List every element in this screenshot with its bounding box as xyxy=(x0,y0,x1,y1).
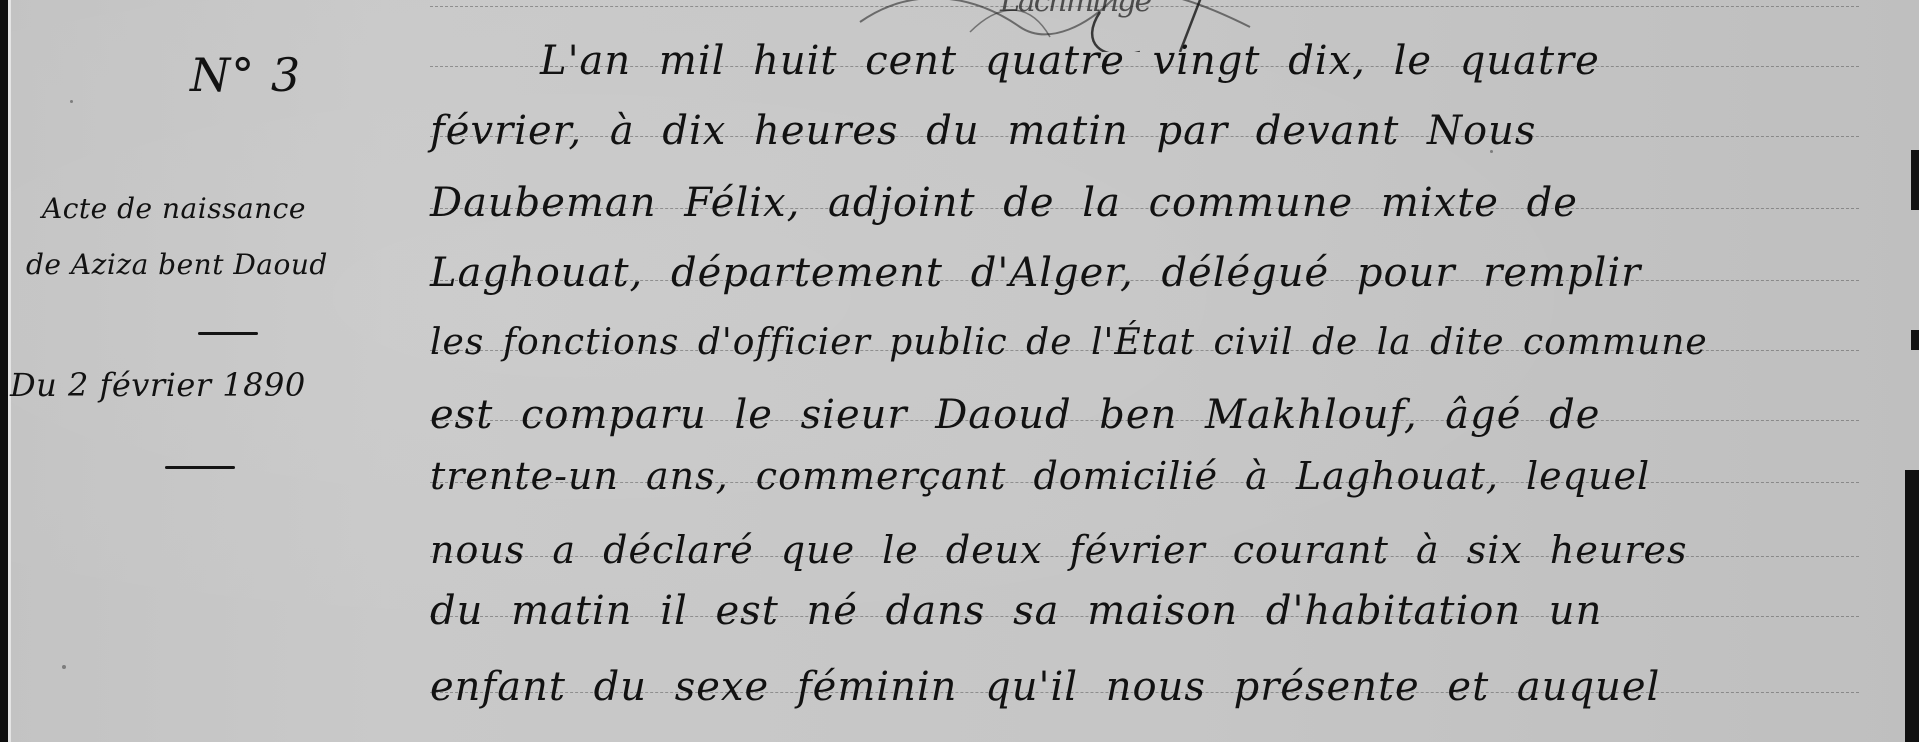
body-line: du matin il est né dans sa maison d'habi… xyxy=(430,588,1602,634)
body-line: est comparu le sieur Daoud ben Makhlouf,… xyxy=(430,392,1600,438)
body-line: nous a déclaré que le deux février coura… xyxy=(430,528,1688,572)
body-line: Daubeman Félix, adjoint de la commune mi… xyxy=(430,180,1578,226)
body-line: enfant du sexe féminin qu'il nous présen… xyxy=(430,664,1660,710)
body-line: les fonctions d'officier public de l'Éta… xyxy=(430,322,1708,363)
body-line: Laghouat, département d'Alger, délégué p… xyxy=(430,250,1641,296)
body-line: L'an mil huit cent quatre vingt dix, le … xyxy=(540,38,1600,84)
body-line: trente-un ans, commerçant domicilié à La… xyxy=(430,454,1650,498)
paper-speck xyxy=(1490,150,1493,153)
paper-speck xyxy=(70,100,73,103)
body-line: février, à dix heures du matin par devan… xyxy=(430,108,1536,154)
scanned-document-page: Lachmingé N° 3 Acte de naissance de Aziz… xyxy=(0,0,1919,742)
record-body: L'an mil huit cent quatre vingt dix, le … xyxy=(0,0,1919,742)
paper-speck xyxy=(62,665,66,669)
